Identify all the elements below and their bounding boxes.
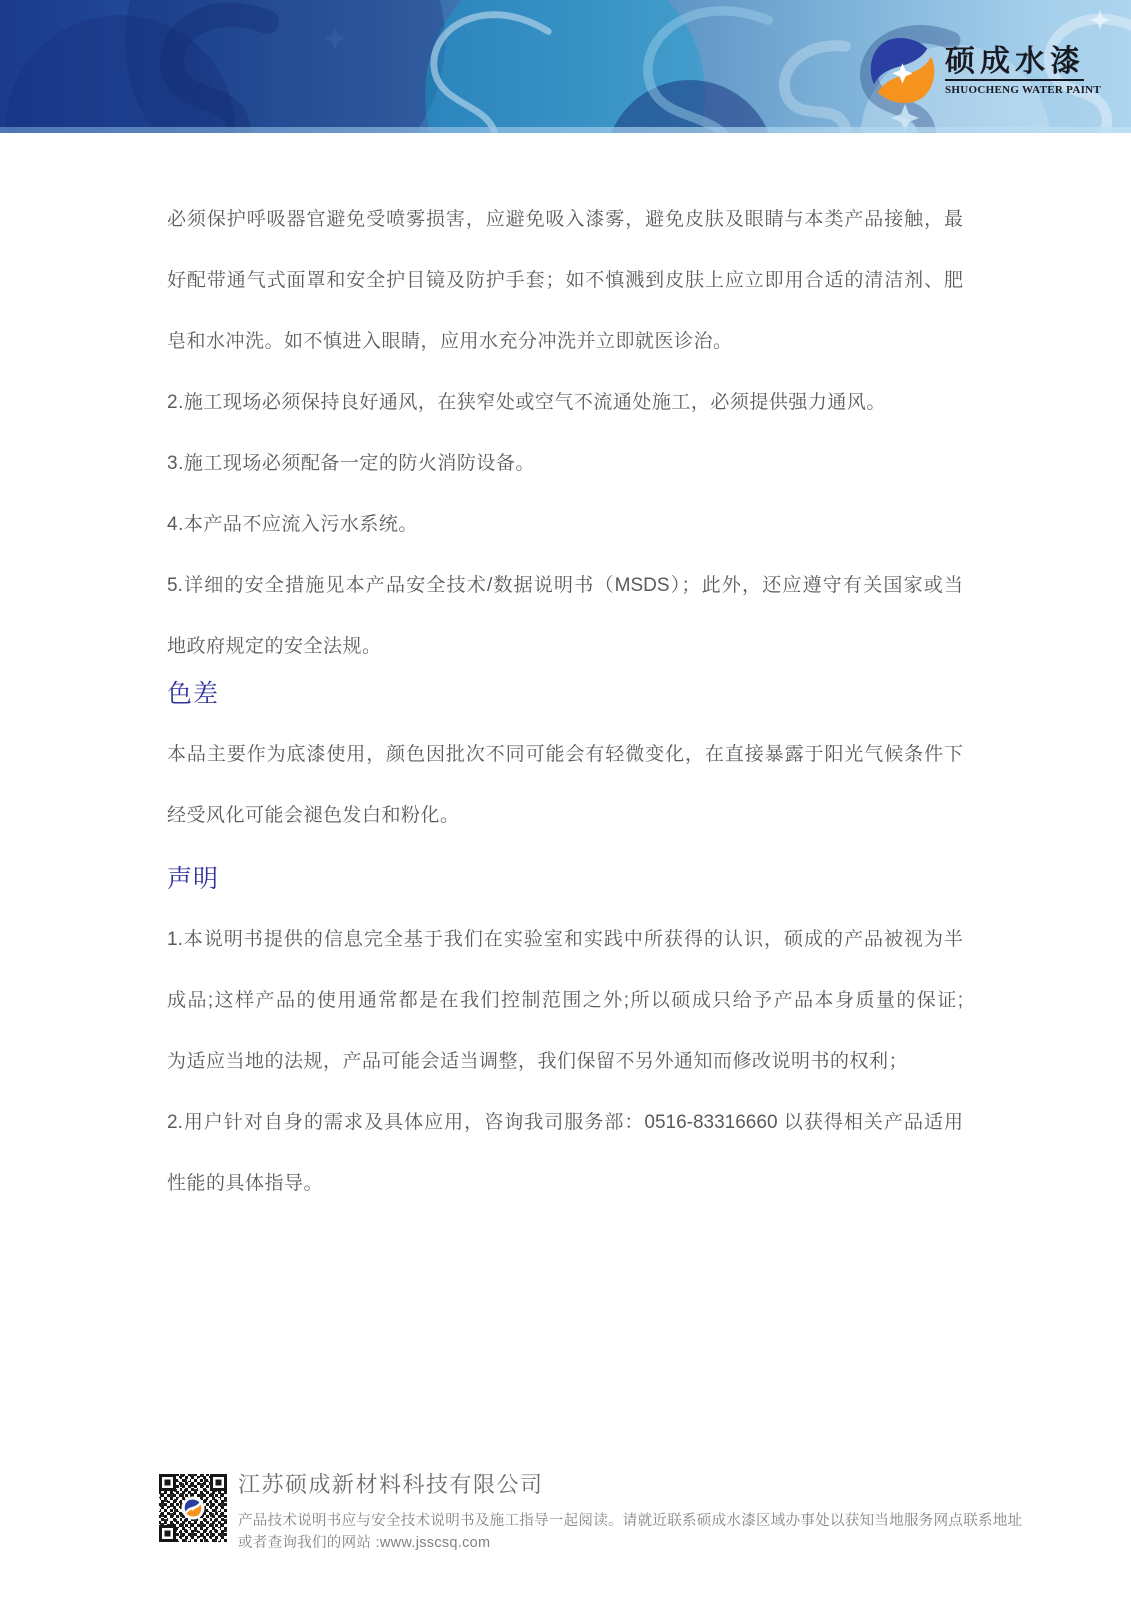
brand-text: 硕成水漆 SHUOCHENG WATER PAINT [945, 46, 1101, 96]
body-text-line: 为适应当地的法规，产品可能会适当调整，我们保留不另外通知而修改说明书的权利； [167, 1052, 963, 1072]
body-text-line: 皂和水冲洗。如不慎进入眼睛，应用水充分冲洗并立即就医诊治。 [167, 332, 963, 352]
body-text-line: 4.本产品不应流入污水系统。 [167, 515, 963, 535]
header-bottom-band [0, 127, 1131, 133]
body-text-line: 2.用户针对自身的需求及具体应用，咨询我司服务部：0516-83316660 以… [167, 1113, 963, 1133]
body-text-line: 本品主要作为底漆使用，颜色因批次不同可能会有轻微变化，在直接暴露于阳光气候条件下 [167, 745, 963, 765]
body-text-line: 经受风化可能会褪色发白和粉化。 [167, 806, 963, 826]
body-text-line: 好配带通气式面罩和安全护目镜及防护手套；如不慎溅到皮肤上应立即用合适的清洁剂、肥 [167, 271, 963, 291]
body-text-line: 必须保护呼吸器官避免受喷雾损害，应避免吸入漆雾，避免皮肤及眼睛与本类产品接触，最 [167, 210, 963, 230]
brand-name-en: SHUOCHENG WATER PAINT [945, 84, 1101, 96]
brand-divider [945, 79, 1084, 81]
shuocheng-logo-icon [866, 34, 939, 107]
body-text-line: 性能的具体指导。 [167, 1174, 963, 1194]
company-name: 江苏硕成新材料科技有限公司 [238, 1473, 1022, 1497]
section-heading: 色差 [167, 682, 963, 707]
body-text-line: 2.施工现场必须保持良好通风，在狭窄处或空气不流通处施工，必须提供强力通风。 [167, 393, 963, 413]
document-page: 硕成水漆 SHUOCHENG WATER PAINT 必须保护呼吸器官避免受喷雾… [0, 0, 1131, 1600]
footer-text: 江苏硕成新材料科技有限公司 产品技术说明书应与安全技术说明书及施工指导一起阅读。… [238, 1473, 1022, 1554]
body-text-line: 地政府规定的安全法规。 [167, 637, 963, 657]
section-heading: 声明 [167, 867, 963, 892]
brand-name-cn: 硕成水漆 [945, 46, 1101, 77]
body-text-line: 3.施工现场必须配备一定的防火消防设备。 [167, 454, 963, 474]
body-text-line: 成品;这样产品的使用通常都是在我们控制范围之外;所以硕成只给予产品本身质量的保证… [167, 991, 963, 1011]
page-footer: 江苏硕成新材料科技有限公司 产品技术说明书应与安全技术说明书及施工指导一起阅读。… [158, 1473, 1022, 1554]
body-text-line: 1.本说明书提供的信息完全基于我们在实验室和实践中所获得的认识，硕成的产品被视为… [167, 930, 963, 950]
document-body: 必须保护呼吸器官避免受喷雾损害，应避免吸入漆雾，避免皮肤及眼睛与本类产品接触，最… [167, 210, 963, 1235]
footer-note-line-2: 或者查询我们的网站 :www.jsscsq.com [238, 1532, 1022, 1554]
footer-note-line-1: 产品技术说明书应与安全技术说明书及施工指导一起阅读。请就近联系硕成水漆区域办事处… [238, 1510, 1022, 1532]
brand-logo: 硕成水漆 SHUOCHENG WATER PAINT [866, 34, 1101, 107]
body-text-line: 5.详细的安全措施见本产品安全技术/数据说明书（MSDS）；此外，还应遵守有关国… [167, 576, 963, 596]
qr-code-icon [158, 1473, 228, 1543]
page-header-banner: 硕成水漆 SHUOCHENG WATER PAINT [0, 0, 1131, 133]
